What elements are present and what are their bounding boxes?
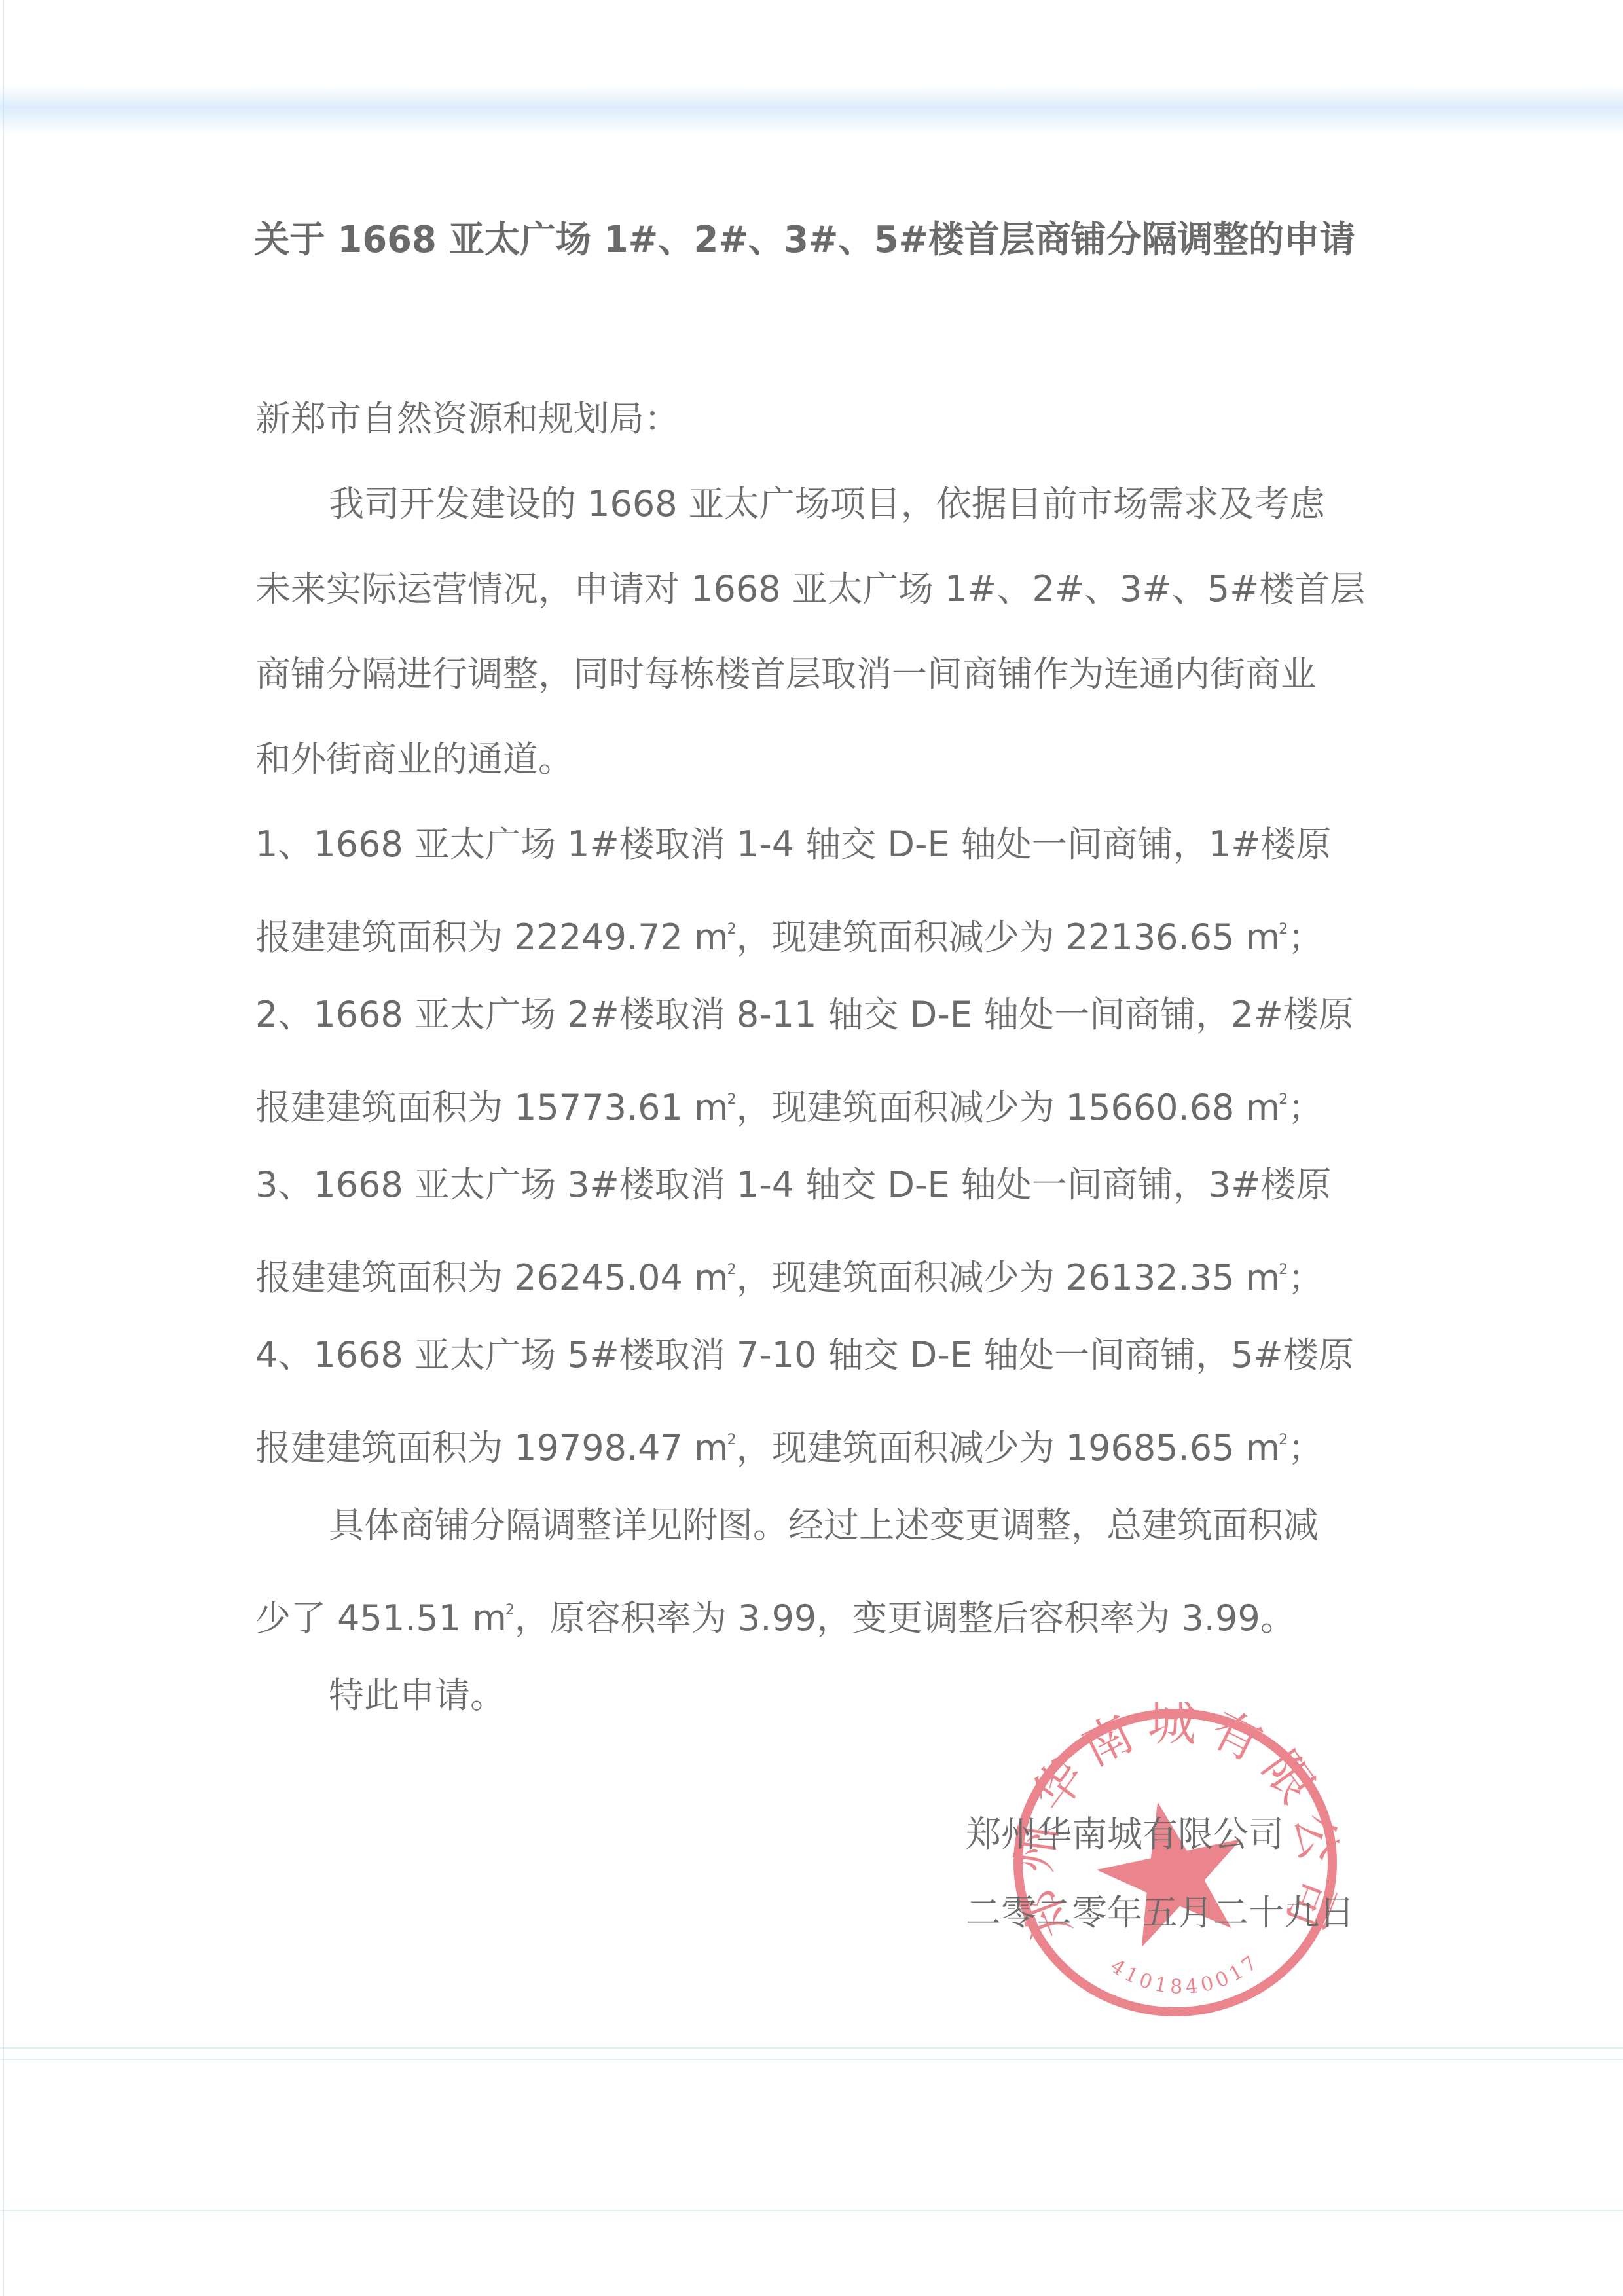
item-2-new-area: ，现建筑面积减少为 15660.68 m xyxy=(737,1087,1281,1128)
summary-line-2: 少了 451.51 m2，原容积率为 3.99，变更调整后容积率为 3.99。 xyxy=(255,1568,1398,1653)
punctuation: ； xyxy=(1288,1427,1323,1468)
superscript: 2 xyxy=(1279,1091,1288,1108)
punctuation: ； xyxy=(1288,917,1323,958)
signature-block: 郑州华南城有限公司 二零二零年五月二十九日 xyxy=(966,1795,1355,1952)
item-1-new-area: ，现建筑面积减少为 22136.65 m xyxy=(737,917,1281,958)
item-3-original-area: 报建建筑面积为 26245.04 m xyxy=(255,1257,729,1298)
item-3-line-1: 3、1668 亚太广场 3#楼取消 1-4 轴交 D-E 轴处一间商铺，3#楼原 xyxy=(255,1142,1398,1228)
superscript: 2 xyxy=(727,1432,737,1448)
document-body: 新郑市自然资源和规划局： 我司开发建设的 1668 亚太广场项目，依据目前市场需… xyxy=(255,376,1398,1738)
scan-artifact-line xyxy=(0,2210,1623,2211)
scan-edge xyxy=(3,0,4,2296)
superscript: 2 xyxy=(1279,1432,1288,1448)
seal-code: 4101840017 xyxy=(1106,1950,1265,1999)
scan-artifact-line xyxy=(0,2059,1623,2060)
document-title: 关于 1668 亚太广场 1#、2#、3#、5#楼首层商铺分隔调整的申请 xyxy=(254,211,1346,263)
recipient-line: 新郑市自然资源和规划局： xyxy=(255,376,1398,462)
scan-artifact-band xyxy=(0,85,1623,134)
scan-artifact-line xyxy=(0,2047,1623,2049)
intro-line: 和外街商业的通道。 xyxy=(255,717,1398,802)
item-2-line-1: 2、1668 亚太广场 2#楼取消 8-11 轴交 D-E 轴处一间商铺，2#楼… xyxy=(255,972,1398,1057)
item-2-original-area: 报建建筑面积为 15773.61 m xyxy=(255,1087,729,1128)
superscript: 2 xyxy=(1279,1262,1288,1278)
signature-date: 二零二零年五月二十九日 xyxy=(966,1874,1355,1952)
summary-line-1: 具体商铺分隔调整详见附图。经过上述变更调整，总建筑面积减 xyxy=(255,1483,1398,1568)
item-1-original-area: 报建建筑面积为 22249.72 m xyxy=(255,917,729,958)
item-4-line-2: 报建建筑面积为 19798.47 m2，现建筑面积减少为 19685.65 m2… xyxy=(255,1398,1398,1483)
superscript: 2 xyxy=(727,921,737,938)
item-4-new-area: ，现建筑面积减少为 19685.65 m xyxy=(737,1427,1281,1468)
superscript: 2 xyxy=(1279,921,1288,938)
superscript: 2 xyxy=(727,1091,737,1108)
punctuation: ； xyxy=(1288,1257,1323,1298)
superscript: 2 xyxy=(505,1602,515,1618)
item-4-line-1: 4、1668 亚太广场 5#楼取消 7-10 轴交 D-E 轴处一间商铺，5#楼… xyxy=(255,1313,1398,1398)
item-2-line-2: 报建建筑面积为 15773.61 m2，现建筑面积减少为 15660.68 m2… xyxy=(255,1057,1398,1142)
intro-line: 我司开发建设的 1668 亚太广场项目，依据目前市场需求及考虑 xyxy=(255,462,1398,547)
intro-line: 商铺分隔进行调整，同时每栋楼首层取消一间商铺作为连通内街商业 xyxy=(255,632,1398,717)
intro-line: 未来实际运营情况，申请对 1668 亚太广场 1#、2#、3#、5#楼首层 xyxy=(255,547,1398,632)
superscript: 2 xyxy=(727,1262,737,1278)
item-1-line-2: 报建建筑面积为 22249.72 m2，现建筑面积减少为 22136.65 m2… xyxy=(255,887,1398,972)
punctuation: ； xyxy=(1288,1087,1323,1128)
item-1-line-1: 1、1668 亚太广场 1#楼取消 1-4 轴交 D-E 轴处一间商铺，1#楼原 xyxy=(255,802,1398,887)
floor-area-ratio: ，原容积率为 3.99，变更调整后容积率为 3.99。 xyxy=(515,1597,1296,1639)
item-4-original-area: 报建建筑面积为 19798.47 m xyxy=(255,1427,729,1468)
item-3-line-2: 报建建筑面积为 26245.04 m2，现建筑面积减少为 26132.35 m2… xyxy=(255,1228,1398,1313)
company-name: 郑州华南城有限公司 xyxy=(966,1795,1355,1874)
item-3-new-area: ，现建筑面积减少为 26132.35 m xyxy=(737,1257,1281,1298)
total-reduction: 少了 451.51 m xyxy=(255,1597,507,1639)
